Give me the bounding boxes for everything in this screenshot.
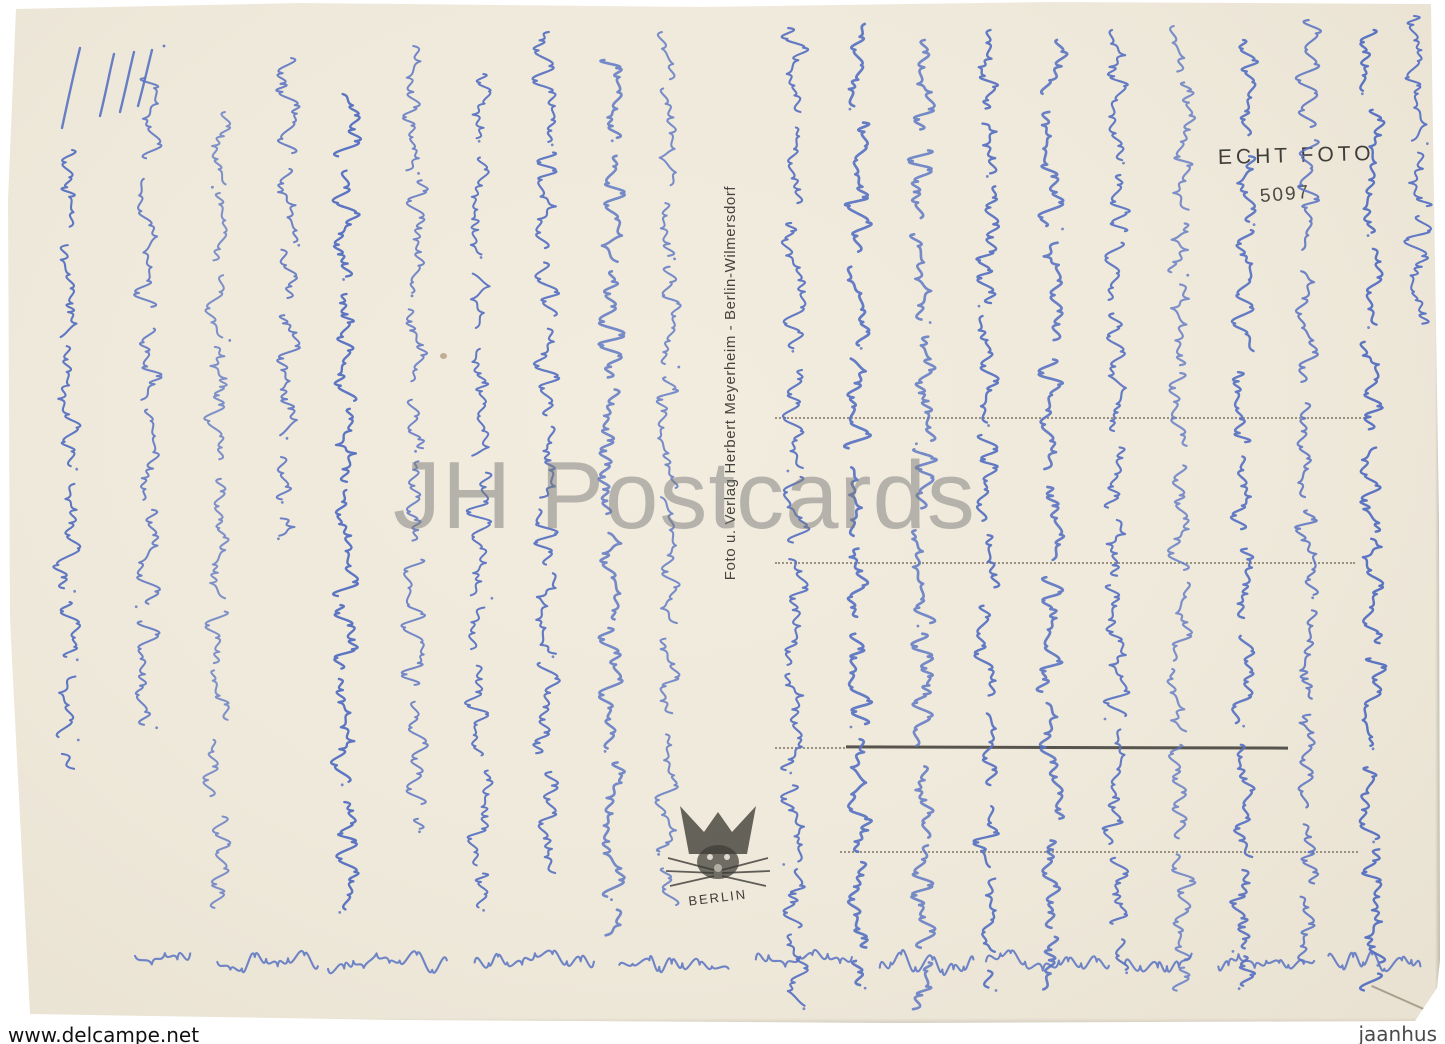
jaanhus-watermark: jaanhus [1358, 1022, 1437, 1044]
card-left-shadow [0, 0, 7, 1044]
card-bottom-shadow [0, 1018, 1445, 1026]
delcampe-watermark: www.delcampe.net [8, 1023, 199, 1044]
paper-speck [440, 353, 447, 359]
card-right-shadow [1435, 0, 1445, 1044]
jh-postcards-watermark: JH Postcards [393, 448, 976, 544]
